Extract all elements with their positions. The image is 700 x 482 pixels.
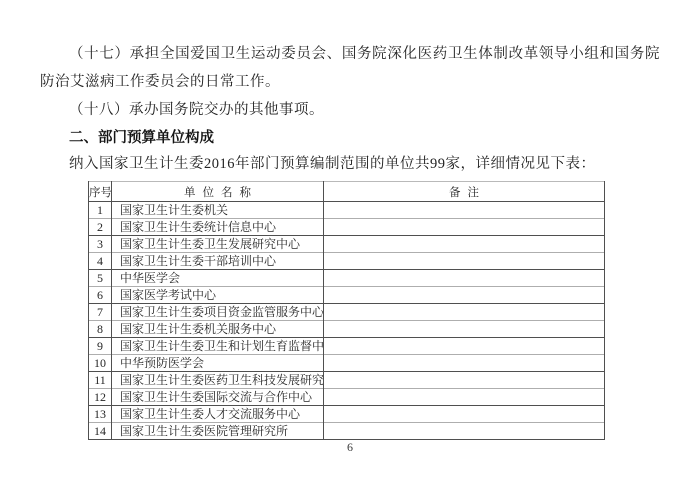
remark-cell (324, 423, 605, 440)
remark-cell (324, 321, 605, 338)
remark-cell (324, 389, 605, 406)
remark-cell (324, 355, 605, 372)
remark-cell (324, 304, 605, 321)
section-heading: 二、部门预算单位构成 (40, 126, 660, 150)
table-row: 5中华医学会 (89, 270, 605, 287)
table-header-row: 序号 单位名称 备注 (89, 182, 605, 202)
unit-name: 国家医学考试中心 (112, 287, 324, 304)
budget-units-table: 序号 单位名称 备注 1国家卫生计生委机关2国家卫生计生委统计信息中心3国家卫生… (88, 181, 605, 440)
row-number: 3 (89, 236, 112, 253)
unit-name: 中华医学会 (112, 270, 324, 287)
remark-cell (324, 219, 605, 236)
table-row: 10中华预防医学会 (89, 355, 605, 372)
table-row: 1国家卫生计生委机关 (89, 202, 605, 219)
row-number: 11 (89, 372, 112, 389)
unit-name: 国家卫生计生委医院管理研究所 (112, 423, 324, 440)
unit-name: 国家卫生计生委项目资金监管服务中心 (112, 304, 324, 321)
paragraph-item-18: （十八）承办国务院交办的其他事项。 (40, 96, 660, 124)
paragraph-item-17: （十七）承担全国爱国卫生运动委员会、国务院深化医药卫生体制改革领导小组和国务院防… (40, 40, 660, 96)
unit-name: 国家卫生计生委卫生和计划生育监督中心 (112, 338, 324, 355)
table-row: 4国家卫生计生委干部培训中心 (89, 253, 605, 270)
unit-name: 国家卫生计生委国际交流与合作中心 (112, 389, 324, 406)
remark-cell (324, 372, 605, 389)
table-row: 2国家卫生计生委统计信息中心 (89, 219, 605, 236)
table-row: 8国家卫生计生委机关服务中心 (89, 321, 605, 338)
page-number: 6 (0, 440, 700, 455)
remark-cell (324, 253, 605, 270)
remark-cell (324, 406, 605, 423)
row-number: 14 (89, 423, 112, 440)
remark-cell (324, 236, 605, 253)
row-number: 8 (89, 321, 112, 338)
table-row: 12国家卫生计生委国际交流与合作中心 (89, 389, 605, 406)
unit-name: 国家卫生计生委卫生发展研究中心 (112, 236, 324, 253)
table-row: 6国家医学考试中心 (89, 287, 605, 304)
unit-name: 国家卫生计生委机关服务中心 (112, 321, 324, 338)
column-header-note: 备注 (324, 182, 605, 202)
unit-name: 国家卫生计生委机关 (112, 202, 324, 219)
remark-cell (324, 270, 605, 287)
row-number: 1 (89, 202, 112, 219)
document-content: （十七）承担全国爱国卫生运动委员会、国务院深化医药卫生体制改革领导小组和国务院防… (40, 40, 660, 440)
row-number: 9 (89, 338, 112, 355)
row-number: 5 (89, 270, 112, 287)
row-number: 7 (89, 304, 112, 321)
row-number: 2 (89, 219, 112, 236)
remark-cell (324, 287, 605, 304)
unit-name: 国家卫生计生委统计信息中心 (112, 219, 324, 236)
table-row: 13国家卫生计生委人才交流服务中心 (89, 406, 605, 423)
unit-name: 国家卫生计生委干部培训中心 (112, 253, 324, 270)
row-number: 10 (89, 355, 112, 372)
document-page: （十七）承担全国爱国卫生运动委员会、国务院深化医药卫生体制改革领导小组和国务院防… (0, 0, 700, 482)
table-row: 3国家卫生计生委卫生发展研究中心 (89, 236, 605, 253)
column-header-seq: 序号 (89, 182, 112, 202)
remark-cell (324, 202, 605, 219)
row-number: 13 (89, 406, 112, 423)
table-row: 14国家卫生计生委医院管理研究所 (89, 423, 605, 440)
intro-paragraph: 纳入国家卫生计生委2016年部门预算编制范围的单位共99家，详细情况见下表： (40, 152, 660, 176)
unit-name: 国家卫生计生委人才交流服务中心 (112, 406, 324, 423)
unit-name: 中华预防医学会 (112, 355, 324, 372)
table-row: 11国家卫生计生委医药卫生科技发展研究中心 (89, 372, 605, 389)
row-number: 6 (89, 287, 112, 304)
row-number: 12 (89, 389, 112, 406)
unit-name: 国家卫生计生委医药卫生科技发展研究中心 (112, 372, 324, 389)
row-number: 4 (89, 253, 112, 270)
table-row: 7国家卫生计生委项目资金监管服务中心 (89, 304, 605, 321)
remark-cell (324, 338, 605, 355)
column-header-name: 单位名称 (112, 182, 324, 202)
table-row: 9国家卫生计生委卫生和计划生育监督中心 (89, 338, 605, 355)
